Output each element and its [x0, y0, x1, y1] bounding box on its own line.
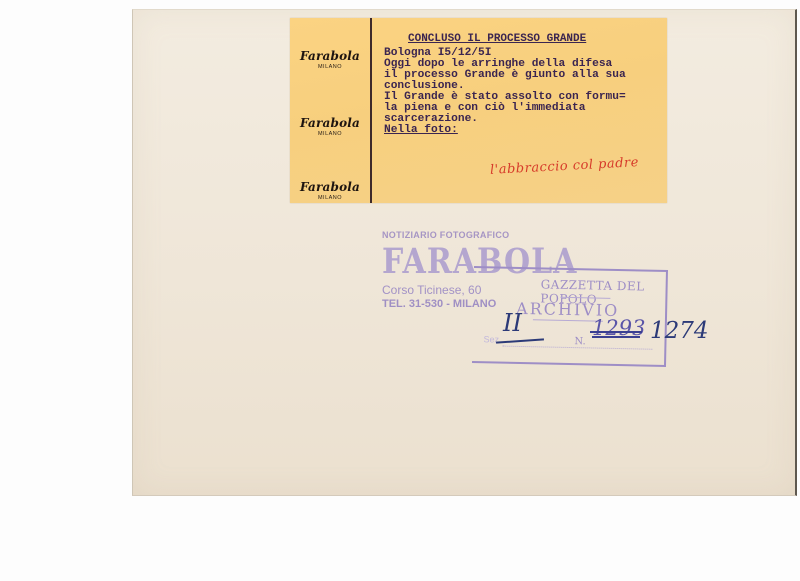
caption-body: Bologna I5/12/5I Oggi dopo le arringhe d… [384, 48, 664, 136]
farabola-logo: Farabola MILANO [290, 49, 370, 70]
archive-number-label: N. [574, 336, 586, 347]
caption-headline: CONCLUSO IL PROCESSO GRANDE [408, 33, 586, 45]
farabola-logo: Farabola MILANO [290, 116, 370, 137]
handwritten-new-number: 1274 [650, 318, 709, 344]
caption-label-slip: Farabola MILANO Farabola MILANO Farabola… [290, 18, 667, 203]
label-divider [370, 18, 372, 203]
strikethrough [590, 331, 642, 333]
handwritten-caption: l'abbraccio col padre [490, 155, 640, 178]
caption-photo-label: Nella foto: [384, 124, 458, 136]
farabola-logo: Farabola MILANO [290, 180, 370, 201]
agency-stamp-header: NOTIZIARIO FOTOGRAFICO [382, 230, 577, 240]
stamp-dotted-line [502, 346, 652, 350]
handwritten-section: II [503, 309, 522, 337]
strikethrough [592, 336, 640, 338]
